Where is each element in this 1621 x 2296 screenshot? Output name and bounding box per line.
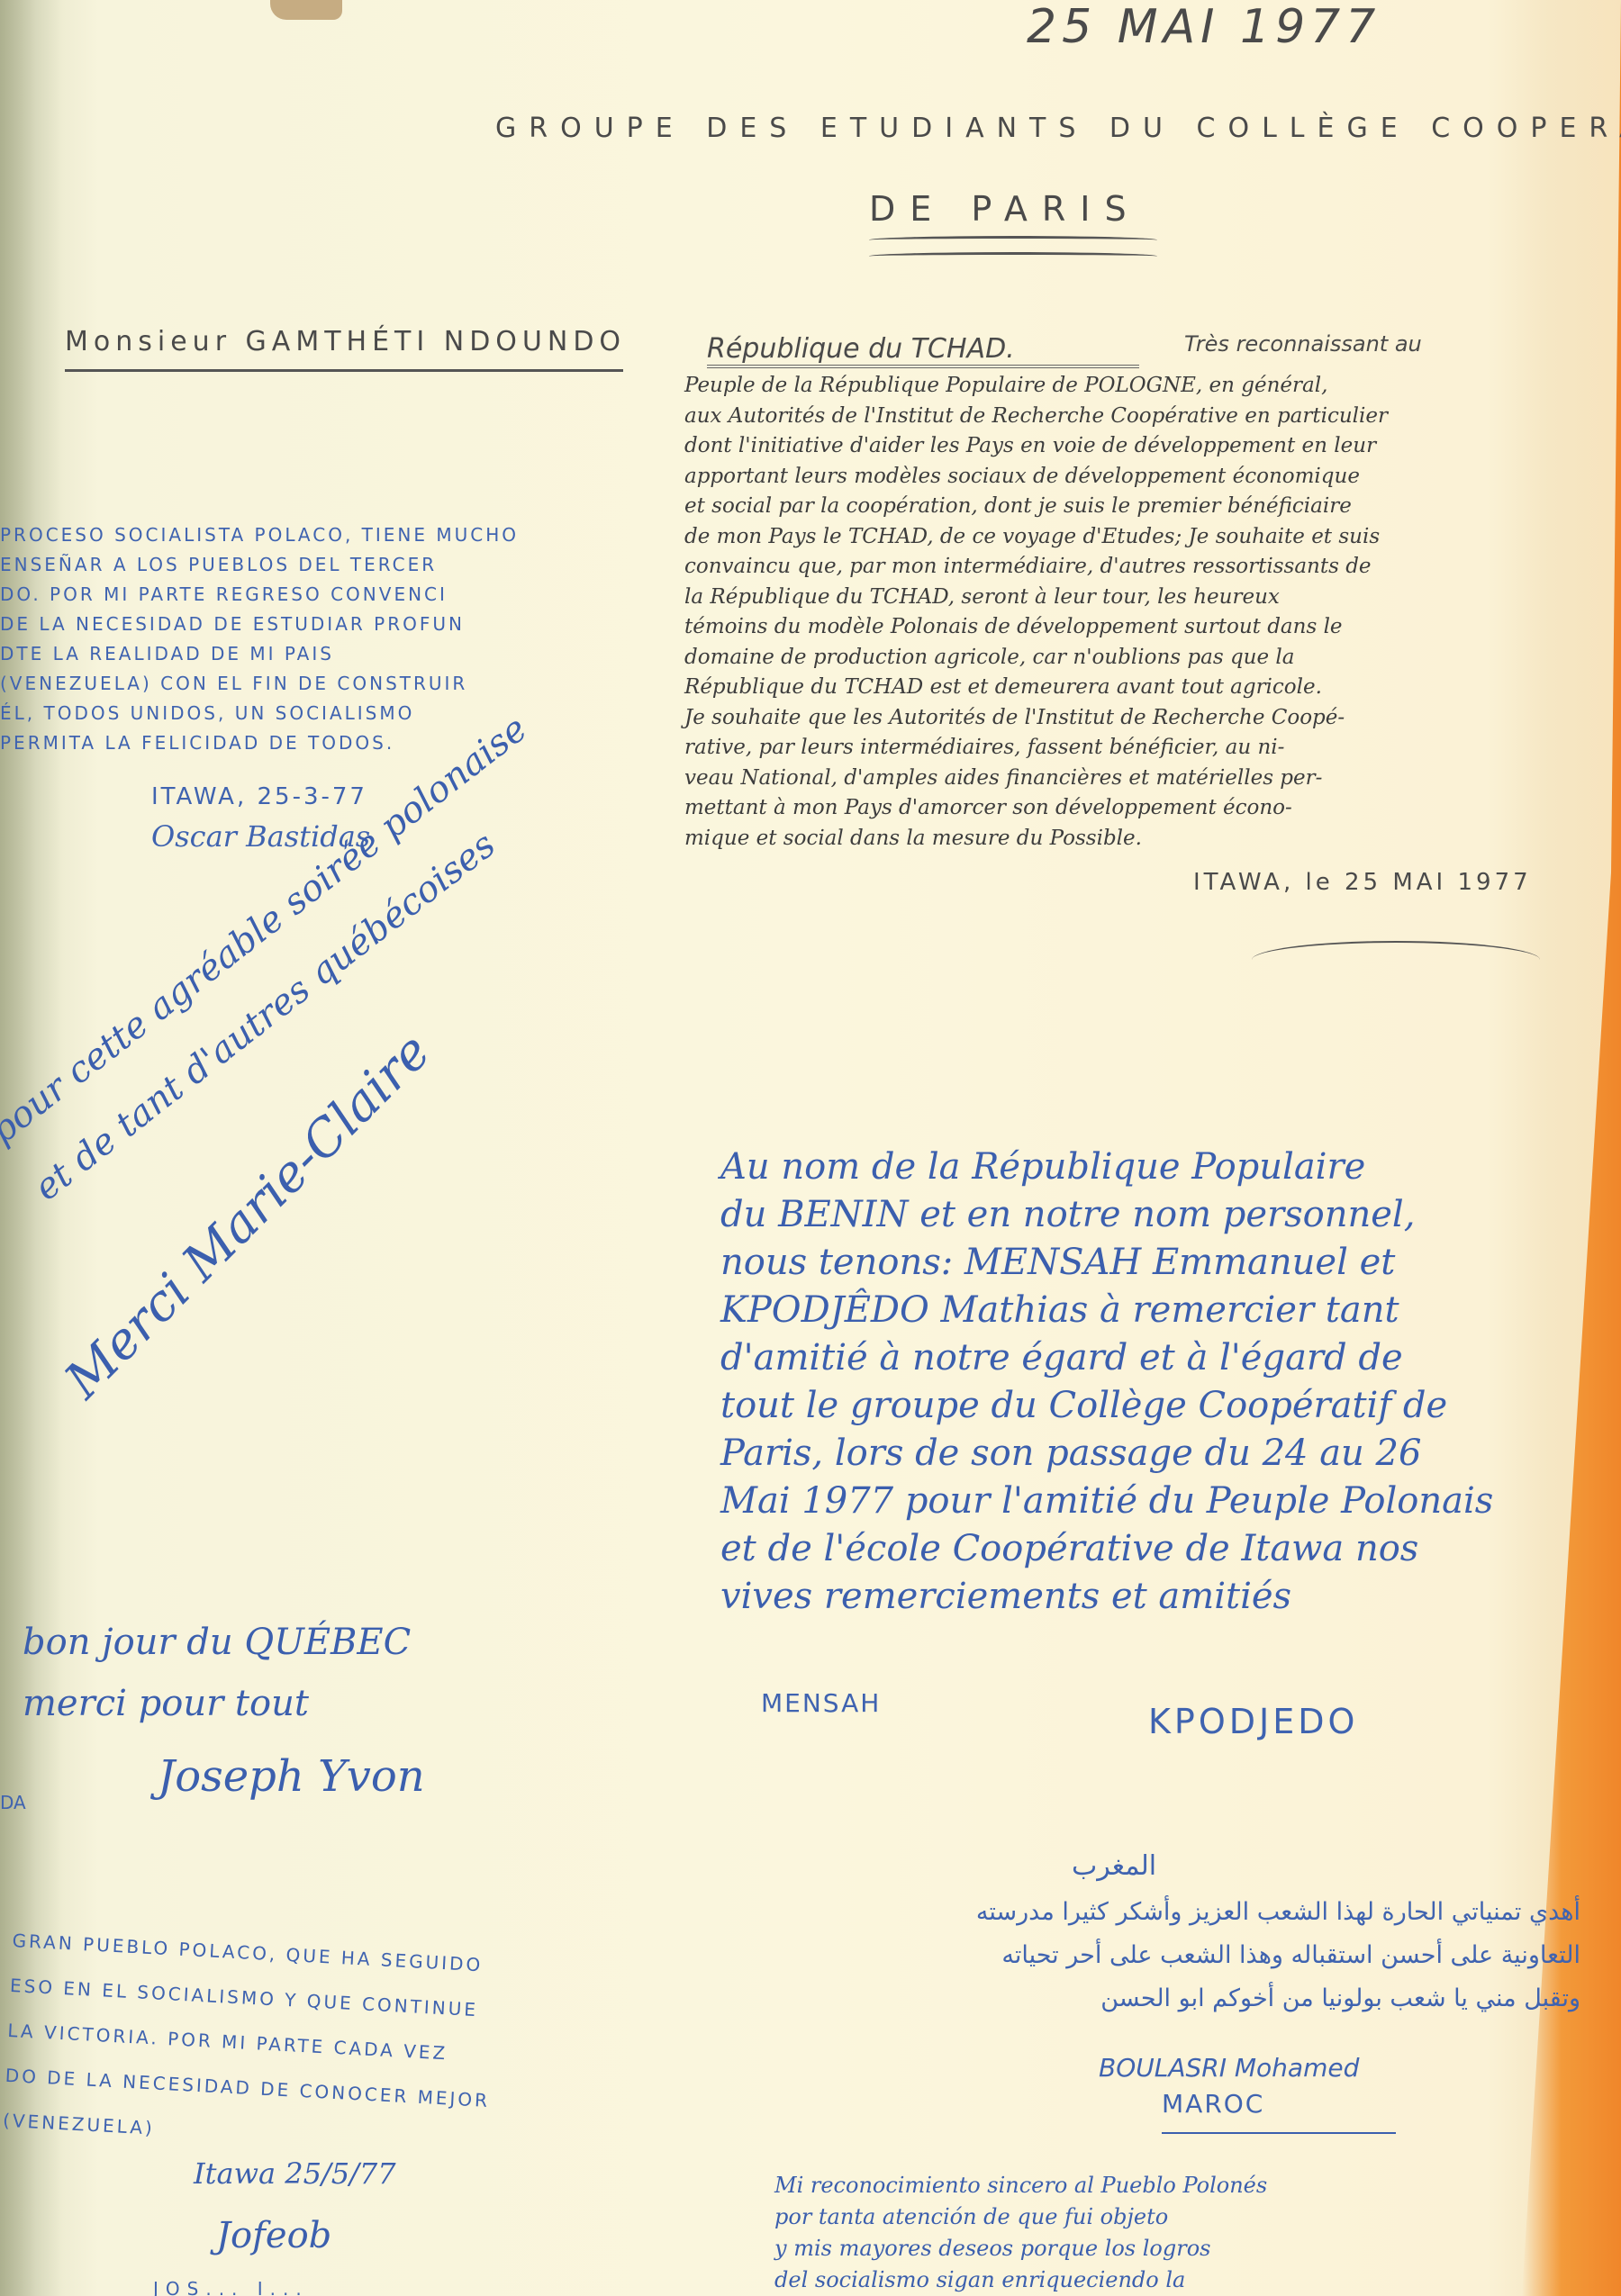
chad-line: rative, par leurs intermédiaires, fassen… — [684, 733, 1388, 764]
es-line: por tanta atención de que fui objeto — [774, 2201, 1267, 2233]
chad-line: veau National, d'amples aides financière… — [684, 764, 1388, 794]
tape-fragment — [270, 0, 342, 20]
joseph-yvon-signature: Joseph Yvon — [158, 1751, 425, 1802]
group-title: GROUPE DES ETUDIANTS DU COLLÈGE COOPERAT… — [495, 113, 1621, 144]
ven2-signature: Jofeob — [216, 2215, 331, 2256]
boulasri-name: BOULASRI Mohamed — [1099, 2053, 1359, 2083]
mensah-name: MENSAH — [761, 1688, 881, 1718]
quebec-diag-line: pour cette agréable soirée polonaise — [0, 696, 544, 1164]
venezuela-message-2: GRAN PUEBLO POLACO, QUE HA SEGUIDO ESO E… — [2, 1918, 498, 2168]
chad-line: témoins du modèle Polonais de développem… — [684, 612, 1388, 643]
quebec2-line: merci pour tout — [23, 1673, 411, 1734]
maroc-label: MAROC — [1162, 2089, 1264, 2119]
ven2-place-date: Itawa 25/5/77 — [194, 2156, 396, 2191]
es-line: Mi reconocimiento sincero al Pueblo Polo… — [774, 2170, 1267, 2201]
kpodjedo-name: KPODJEDO — [1148, 1702, 1358, 1741]
page-date: 25 MAI 1977 — [1027, 0, 1381, 54]
benin-line: d'amitié à notre égard et à l'égard de — [720, 1334, 1493, 1382]
ven1-line: ENSEÑAR A LOS PUEBLOS DEL TERCER — [0, 550, 519, 580]
benin-line: Au nom de la République Populaire — [720, 1143, 1493, 1191]
benin-line: et de l'école Coopérative de Itawa nos — [720, 1525, 1493, 1573]
chad-line: la République du TCHAD, seront à leur to… — [684, 583, 1388, 613]
addressee-underline — [65, 369, 623, 372]
ven1-place-date: ITAWA, 25-3-77 — [151, 783, 367, 810]
chad-heading-underline — [707, 365, 1139, 368]
spanish-message-right: Mi reconocimiento sincero al Pueblo Polo… — [774, 2170, 1267, 2296]
chad-line: dont l'initiative d'aider les Pays en vo… — [684, 431, 1388, 462]
arabic-line: التعاونية على أحسن استقباله وهذا الشعب ع… — [734, 1934, 1580, 1977]
chad-signature — [1252, 941, 1540, 979]
quebec2-line: bon jour du QUÉBEC — [23, 1612, 411, 1673]
chad-line: apportant leurs modèles sociaux de dével… — [684, 462, 1388, 493]
ven1-line: (VENEZUELA) CON EL FIN DE CONSTRUIR — [0, 669, 519, 699]
ven1-line: PROCESO SOCIALISTA POLACO, TIENE MUCHO — [0, 520, 519, 550]
arabic-line: وتقبل مني يا شعب بولونيا من أخوكم ابو ال… — [734, 1977, 1580, 2020]
chad-intro: Très reconnaissant au — [1184, 331, 1422, 357]
benin-message: Au nom de la République Populaire du BEN… — [720, 1143, 1493, 1621]
chad-line: domaine de production agricole, car n'ou… — [684, 643, 1388, 673]
benin-line: du BENIN et en notre nom personnel, — [720, 1191, 1493, 1239]
boulasri-signature — [1162, 2132, 1396, 2134]
benin-line: nous tenons: MENSAH Emmanuel et — [720, 1239, 1493, 1287]
benin-line: Mai 1977 pour l'amitié du Peuple Polonai… — [720, 1478, 1493, 1525]
margin-fragment: DA — [0, 1792, 26, 1813]
chad-line: aux Autorités de l'Institut de Recherche… — [684, 402, 1388, 432]
es-line: del socialismo sigan enriqueciendo la — [774, 2264, 1267, 2296]
chad-line: et social par la coopération, dont je su… — [684, 492, 1388, 522]
morocco-country-arabic: المغرب — [1072, 1850, 1156, 1882]
chad-line: République du TCHAD est et demeurera ava… — [684, 673, 1388, 703]
chad-addressee: Monsieur GAMTHÉTI NDOUNDO — [65, 326, 626, 357]
chad-line: mettant à mon Pays d'amorcer son dévelop… — [684, 793, 1388, 824]
benin-line: KPODJÊDO Mathias à remercier tant — [720, 1287, 1493, 1334]
ven1-line: DTE LA REALIDAD DE MI PAIS — [0, 639, 519, 669]
double-underline — [869, 236, 1157, 244]
ven1-line: DE LA NECESIDAD DE ESTUDIAR PROFUN — [0, 610, 519, 639]
benin-line: vives remerciements et amitiés — [720, 1573, 1493, 1621]
quebec-message-2: bon jour du QUÉBEC merci pour tout — [23, 1612, 411, 1734]
morocco-message: أهدي تمنياتي الحارة لهذا الشعب العزيز وأ… — [734, 1891, 1580, 2020]
chad-place-date: ITAWA, le 25 MAI 1977 — [1193, 869, 1532, 896]
ven1-line: ÉL, TODOS UNIDOS, UN SOCIALISMO — [0, 699, 519, 728]
benin-line: Paris, lors de son passage du 24 au 26 — [720, 1430, 1493, 1478]
chad-line: mique et social dans la mesure du Possib… — [684, 824, 1388, 854]
chad-line: Je souhaite que les Autorités de l'Insti… — [684, 703, 1388, 734]
double-underline — [869, 252, 1157, 260]
es-line: y mis mayores deseos porque los logros — [774, 2233, 1267, 2264]
chad-heading: République du TCHAD. — [707, 333, 1015, 365]
chad-line: Peuple de la République Populaire de POL… — [684, 371, 1388, 402]
city-title: DE PARIS — [869, 189, 1141, 229]
benin-line: tout le groupe du Collège Coopératif de — [720, 1382, 1493, 1430]
chad-line: de mon Pays le TCHAD, de ce voyage d'Etu… — [684, 522, 1388, 553]
venezuela-message-1: PROCESO SOCIALISTA POLACO, TIENE MUCHO E… — [0, 520, 519, 758]
chad-line: convaincu que, par mon intermédiaire, d'… — [684, 552, 1388, 583]
arabic-line: أهدي تمنياتي الحارة لهذا الشعب العزيز وأ… — [734, 1891, 1580, 1934]
chad-message: Peuple de la République Populaire de POL… — [684, 371, 1388, 854]
ven1-line: DO. POR MI PARTE REGRESO CONVENCI — [0, 580, 519, 610]
ven2-footer-fragment: JOS... I... — [153, 2278, 309, 2296]
